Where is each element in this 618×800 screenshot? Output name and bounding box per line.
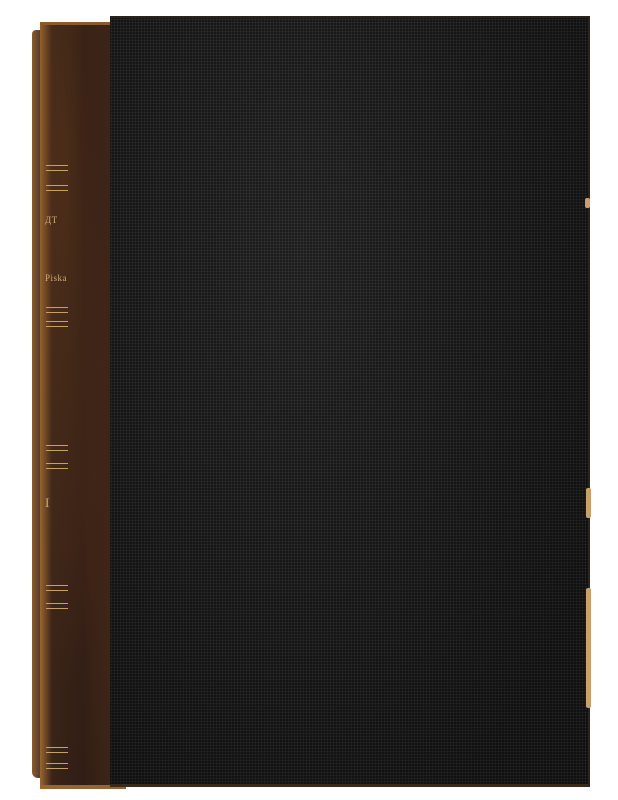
spine-title-fragment: ДТ [45, 215, 58, 225]
gilt-band [46, 585, 68, 591]
edge-wear [585, 198, 590, 208]
gilt-band [46, 307, 68, 313]
edge-wear [586, 488, 591, 518]
edge-wear [586, 588, 591, 708]
gilt-band [46, 603, 68, 609]
front-cover [110, 16, 590, 787]
gilt-band [46, 463, 68, 469]
gilt-band [46, 445, 68, 451]
gilt-band [46, 185, 68, 191]
spine-volume-mark: I [45, 495, 50, 511]
gilt-band [46, 165, 68, 171]
gilt-band [46, 747, 68, 753]
gilt-band [46, 763, 68, 769]
gilt-band [46, 321, 68, 327]
spine-author-fragment: Piska [45, 273, 67, 283]
book: ДТ Piska I [26, 16, 588, 782]
